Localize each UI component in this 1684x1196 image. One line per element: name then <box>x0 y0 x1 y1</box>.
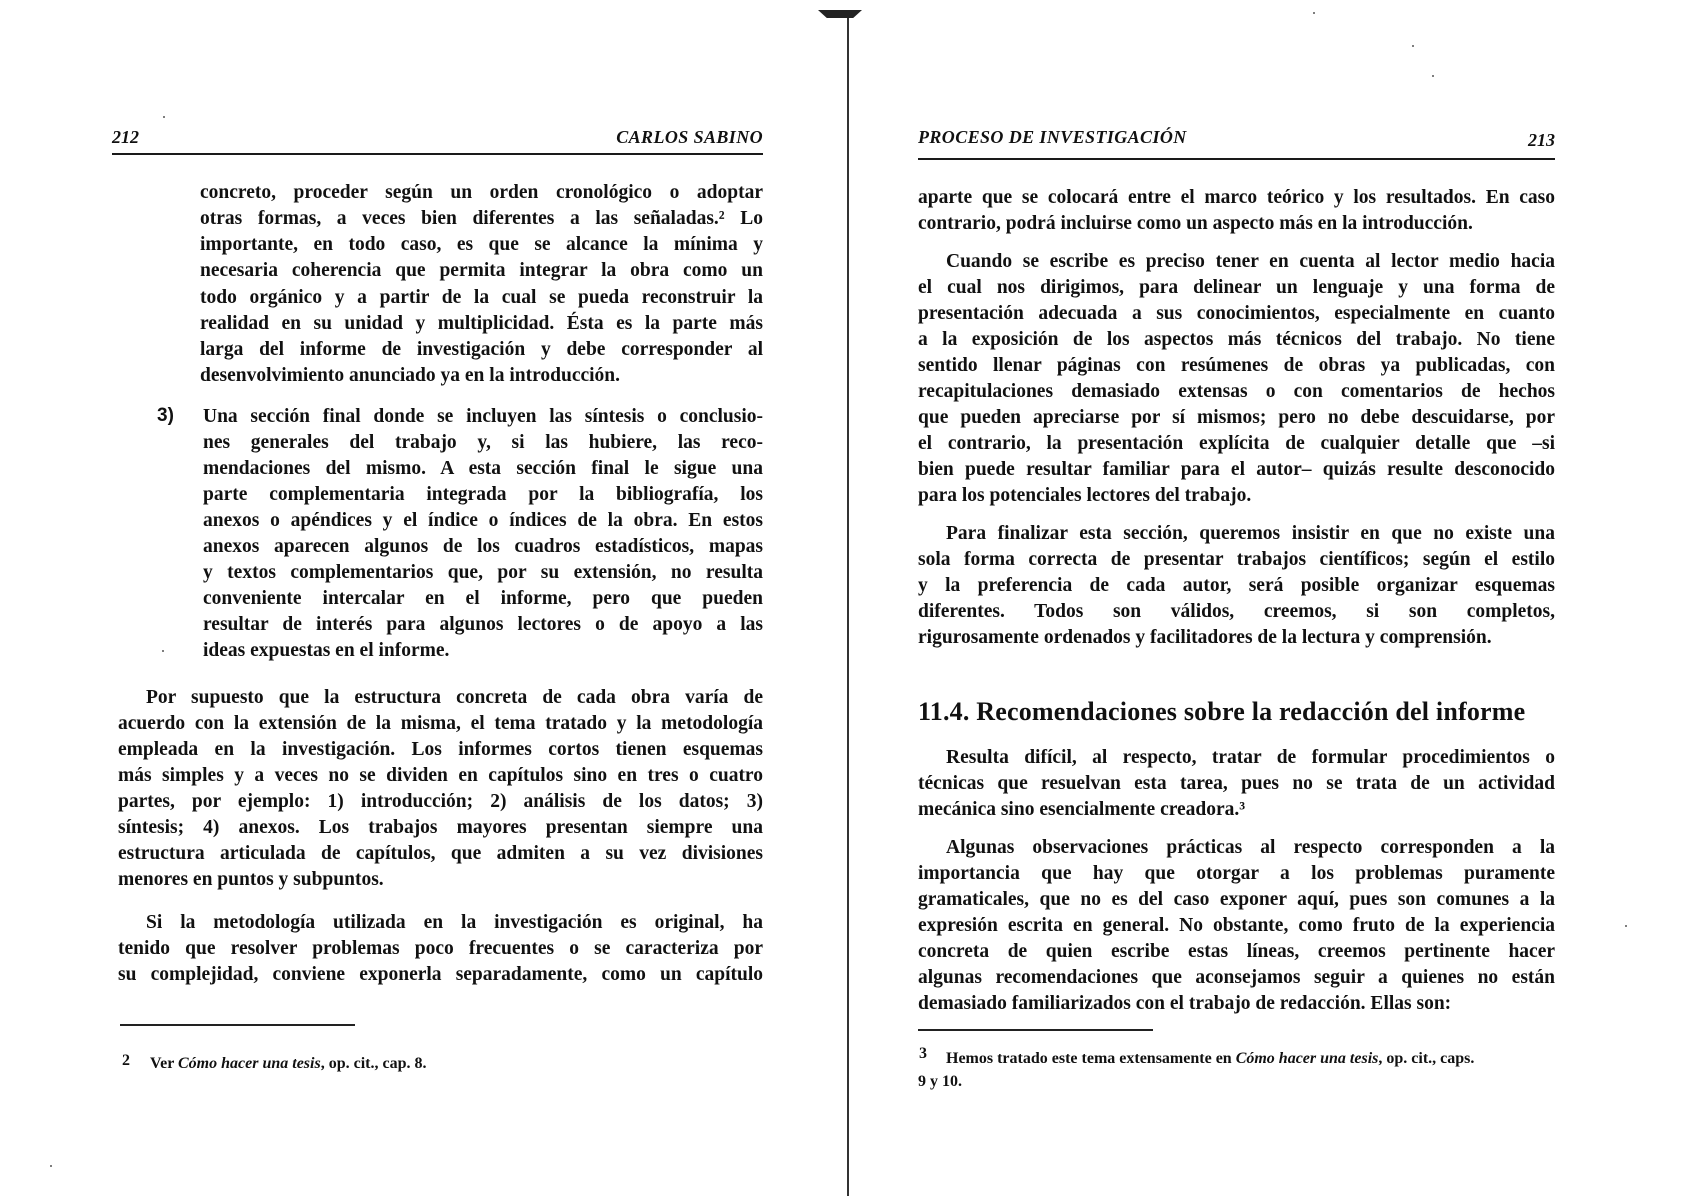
scan-speck <box>1432 75 1434 77</box>
scan-speck <box>1313 12 1315 14</box>
text-line: ideas expuestas en el informe. <box>203 639 763 663</box>
text-line: resultar de interés para algunos lectore… <box>203 613 763 637</box>
footnote-mark: 2 <box>122 1052 130 1070</box>
footnote-text: Ver <box>150 1055 178 1072</box>
scan-speck <box>1625 925 1627 927</box>
text-line: parte complementaria integrada por la bi… <box>203 483 763 507</box>
scan-speck <box>50 1165 52 1167</box>
running-head: CARLOS SABINO <box>616 127 763 148</box>
text-line: rigurosamente ordenados y facilitadores … <box>918 626 1555 650</box>
text-line: Resulta difícil, al respecto, tratar de … <box>946 746 1555 770</box>
text-line: empleada en la investigación. Los inform… <box>118 738 763 762</box>
text-line: técnicas que resuelvan esta tarea, pues … <box>918 772 1555 796</box>
text-line: sentido llenar páginas con resúmenes de … <box>918 354 1555 378</box>
text-line: aparte que se colocará entre el marco te… <box>918 186 1555 210</box>
footnote-text: , op. cit., caps. <box>1378 1050 1474 1067</box>
header-rule <box>112 153 763 155</box>
footnote-text: Hemos tratado este tema extensamente en <box>946 1050 1236 1067</box>
text-line: Por supuesto que la estructura concreta … <box>146 686 763 710</box>
text-line: para los potenciales lectores del trabaj… <box>918 484 1555 508</box>
text-line: algunas recomendaciones que aconsejamos … <box>918 966 1555 990</box>
text-line: el contrario, la presentación explícita … <box>918 432 1555 456</box>
header-rule <box>918 158 1555 160</box>
section-heading: 11.4. Recomendaciones sobre la redacción… <box>918 697 1525 727</box>
running-head: PROCESO DE INVESTIGACIÓN <box>918 127 1187 148</box>
text-line: demasiado familiarizados con el trabajo … <box>918 992 1555 1016</box>
text-line: mendaciones del mismo. A esta sección fi… <box>203 457 763 481</box>
text-line: gramaticales, que no es del caso exponer… <box>918 888 1555 912</box>
scan-speck <box>163 116 165 118</box>
footnote-book-title: Cómo hacer una tesis <box>1236 1050 1379 1067</box>
text-line: nes generales del trabajo y, si las hubi… <box>203 431 763 455</box>
text-line: anexos o apéndices y el índice o índices… <box>203 509 763 533</box>
text-line: tenido que resolver problemas poco frecu… <box>118 937 763 961</box>
scan-speck <box>162 650 164 652</box>
text-line: Algunas observaciones prácticas al respe… <box>946 836 1555 860</box>
text-line: realidad en su unidad y multiplicidad. É… <box>200 312 763 336</box>
text-line: partes, por ejemplo: 1) introducción; 2)… <box>118 790 763 814</box>
right-page: PROCESO DE INVESTIGACIÓN 213 aparte que … <box>856 0 1684 1196</box>
text-line: más simples y a veces no se dividen en c… <box>118 764 763 788</box>
text-line: estructura articulada de capítulos, que … <box>118 842 763 866</box>
text-line: sola forma correcta de presentar trabajo… <box>918 548 1555 572</box>
text-line: conveniente intercalar en el informe, pe… <box>203 587 763 611</box>
text-line: el cual nos dirigimos, para delinear un … <box>918 276 1555 300</box>
text-line: todo orgánico y a partir de la cual se p… <box>200 286 763 310</box>
text-line: concreta de quien escribe estas líneas, … <box>918 940 1555 964</box>
text-line: expresión escrita en general. No obstant… <box>918 914 1555 938</box>
text-line: diferentes. Todos son válidos, creemos, … <box>918 600 1555 624</box>
text-line: recapitulaciones demasiado extensas o co… <box>918 380 1555 404</box>
book-gutter-line <box>847 12 849 1196</box>
text-line: menores en puntos y subpuntos. <box>118 868 763 892</box>
text-line: Si la metodología utilizada en la invest… <box>146 911 763 935</box>
text-line: a la exposición de los aspectos más técn… <box>918 328 1555 352</box>
text-line: presentación adecuada a sus conocimiento… <box>918 302 1555 326</box>
text-line: mecánica sino esencialmente creadora.³ <box>918 798 1555 822</box>
footnote-book-title: Cómo hacer una tesis <box>178 1055 321 1072</box>
text-line: acuerdo con la extensión de la misma, el… <box>118 712 763 736</box>
scan-speck <box>1412 45 1414 47</box>
footnote: Hemos tratado este tema extensamente en … <box>946 1050 1474 1068</box>
text-line: otras formas, a veces bien diferentes a … <box>200 207 763 231</box>
page-number: 212 <box>112 127 139 148</box>
footnote-rule <box>918 1029 1153 1031</box>
footnote-rule <box>120 1024 355 1026</box>
list-number: 3) <box>157 405 174 427</box>
footnote-text: , op. cit., cap. 8. <box>321 1055 427 1072</box>
footnote-mark: 3 <box>919 1045 927 1063</box>
footnote-continuation: 9 y 10. <box>918 1073 962 1091</box>
page-number: 213 <box>1528 130 1555 151</box>
text-line: desenvolvimiento anunciado ya en la intr… <box>200 364 763 388</box>
left-page: 212 CARLOS SABINO concreto, proceder seg… <box>0 0 840 1196</box>
text-line: síntesis; 4) anexos. Los trabajos mayore… <box>118 816 763 840</box>
text-line: Para finalizar esta sección, queremos in… <box>946 522 1555 546</box>
text-line: importancia que hay que otorgar a los pr… <box>918 862 1555 886</box>
text-line: necesaria coherencia que permita integra… <box>200 259 763 283</box>
text-line: y textos complementarios que, por su ext… <box>203 561 763 585</box>
text-line: su complejidad, conviene exponerla separ… <box>118 963 763 987</box>
text-line: contrario, podrá incluirse como un aspec… <box>918 212 1555 236</box>
text-line: anexos aparecen algunos de los cuadros e… <box>203 535 763 559</box>
footnote: Ver Cómo hacer una tesis, op. cit., cap.… <box>150 1055 426 1073</box>
text-line: importante, en todo caso, es que se alca… <box>200 233 763 257</box>
text-line: larga del informe de investigación y deb… <box>200 338 763 362</box>
text-line: Cuando se escribe es preciso tener en cu… <box>946 250 1555 274</box>
text-line: y la preferencia de cada autor, será pos… <box>918 574 1555 598</box>
text-line: que pueden apreciarse por sí mismos; per… <box>918 406 1555 430</box>
text-line: concreto, proceder según un orden cronol… <box>200 181 763 205</box>
text-line: Una sección final donde se incluyen las … <box>203 405 763 429</box>
text-line: bien puede resultar familiar para el aut… <box>918 458 1555 482</box>
